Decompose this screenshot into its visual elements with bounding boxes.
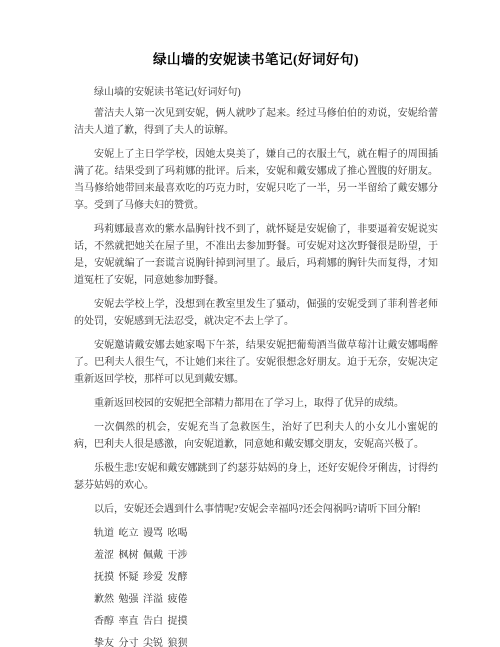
paragraph-5: 安妮邀请戴安娜去她家喝下午茶，结果安妮把葡萄酒当做草莓汁让戴安娜喝醉了。巴利夫人… xyxy=(74,337,438,388)
word-list-row-3: 抚摸 怀疑 珍爱 发酵 xyxy=(74,569,438,586)
document-subtitle: 绿山墙的安妮读书笔记(好词好句) xyxy=(74,84,438,101)
paragraph-1: 蕾洁夫人第一次见到安妮，俩人就吵了起来。经过马修伯伯的劝说，安妮给蕾洁夫人道了歉… xyxy=(74,105,438,139)
paragraph-7: 一次偶然的机会，安妮充当了急救医生，治好了巴利夫人的小女儿小蜜妮的病，巴利夫人很… xyxy=(74,419,438,453)
paragraph-3: 玛莉娜最喜欢的紫水晶胸针找不到了，就怀疑是安妮偷了，非要逼着安妮说实话，不然就把… xyxy=(74,221,438,289)
paragraph-6: 重新返回校园的安妮把全部精力都用在了学习上，取得了优异的成绩。 xyxy=(74,395,438,412)
document-page: 绿山墙的安妮读书笔记(好词好句) 绿山墙的安妮读书笔记(好词好句) 蕾洁夫人第一… xyxy=(0,0,500,647)
word-list-row-2: 羞涩 枫树 佩戴 干涉 xyxy=(74,547,438,564)
word-list-row-6: 挚友 分寸 尖锐 狼狈 xyxy=(74,635,438,647)
paragraph-4: 安妮去学校上学，没想到在教室里发生了骚动，倔强的安妮受到了菲利普老师的处罚，安妮… xyxy=(74,296,438,330)
word-list-row-4: 歉然 勉强 洋溢 疲倦 xyxy=(74,591,438,608)
document-title: 绿山墙的安妮读书笔记(好词好句) xyxy=(74,50,438,69)
paragraph-8: 乐极生悲!安妮和戴安娜跳到了约瑟芬姑妈的身上，还好安妮伶牙俐齿，讨得约瑟芬姑妈的… xyxy=(74,460,438,494)
word-list-row-5: 香醇 率直 告白 捉摸 xyxy=(74,613,438,630)
paragraph-9: 以后，安妮还会遇到什么事情呢?安妮会幸福吗?还会闯祸吗?请听下回分解! xyxy=(74,501,438,518)
word-list-row-1: 轨道 屹立 谩骂 吆喝 xyxy=(74,525,438,542)
paragraph-2: 安妮上了主日学学校，因她太臭美了，嫌自己的衣服土气，就在帽子的周围插满了花。结果… xyxy=(74,146,438,214)
